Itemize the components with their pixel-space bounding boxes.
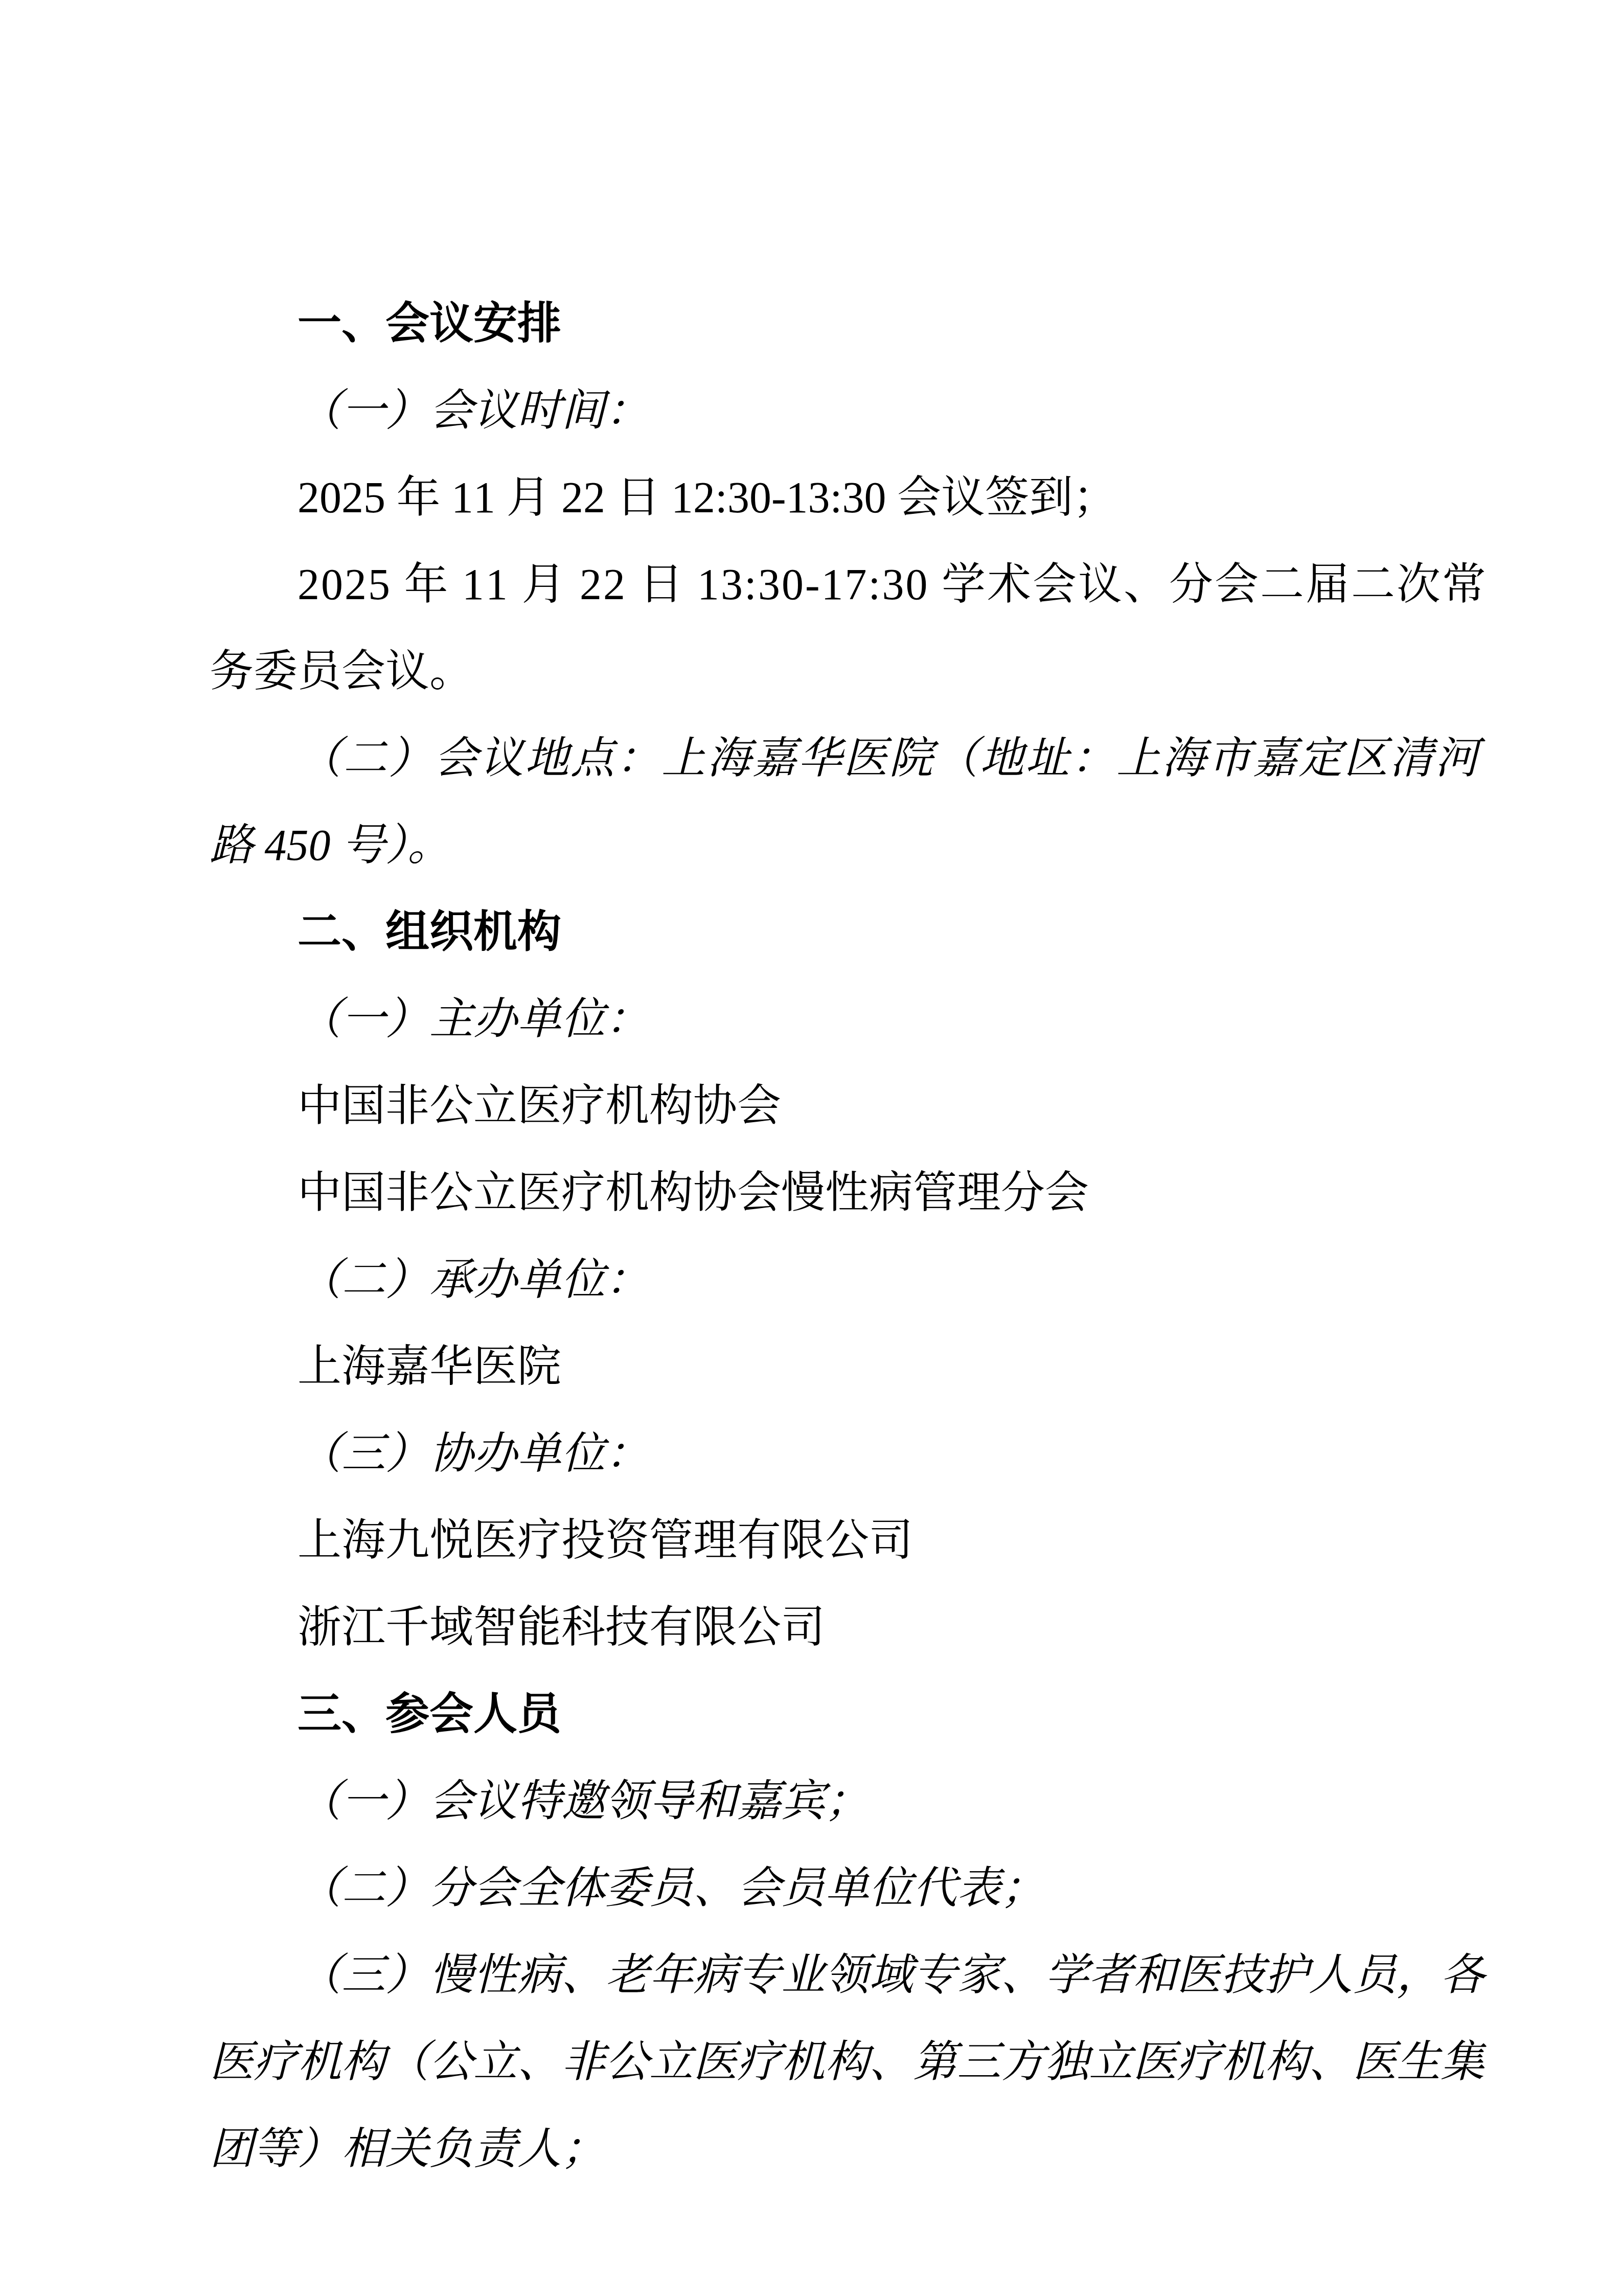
doc-line-5: 务委员会议。	[210, 628, 1491, 715]
doc-line-16: 浙江千域智能科技有限公司	[210, 1584, 1491, 1671]
doc-line-18: （一）会议特邀领导和嘉宾；	[210, 1758, 1491, 1845]
doc-line-14: （三）协办单位：	[210, 1410, 1491, 1497]
doc-line-10: 中国非公立医疗机构协会	[210, 1062, 1491, 1149]
doc-line-11: 中国非公立医疗机构协会慢性病管理分会	[210, 1149, 1491, 1236]
doc-line-21: 医疗机构（公立、非公立医疗机构、第三方独立医疗机构、医生集	[210, 2018, 1491, 2105]
doc-line-12: （二）承办单位：	[210, 1236, 1491, 1323]
doc-line-22: 团等）相关负责人；	[210, 2105, 1491, 2192]
doc-line-7: 路 450 号）。	[210, 802, 1491, 889]
doc-line-3: 2025 年 11 月 22 日 12:30-13:30 会议签到；	[210, 454, 1491, 541]
doc-line-19: （二）分会全体委员、会员单位代表；	[210, 1845, 1491, 1931]
doc-line-1-section-heading: 一、会议安排	[210, 280, 1491, 367]
document-page: 一、会议安排（一）会议时间：2025 年 11 月 22 日 12:30-13:…	[0, 0, 1623, 2296]
doc-line-13: 上海嘉华医院	[210, 1323, 1491, 1410]
doc-line-4: 2025 年 11 月 22 日 13:30-17:30 学术会议、分会二届二次…	[210, 541, 1491, 628]
doc-line-2: （一）会议时间：	[210, 367, 1491, 454]
doc-line-6: （二）会议地点：上海嘉华医院（地址：上海市嘉定区清河	[210, 715, 1491, 802]
doc-line-15: 上海九悦医疗投资管理有限公司	[210, 1497, 1491, 1584]
doc-line-17-section-heading: 三、参会人员	[210, 1671, 1491, 1758]
doc-line-9: （一）主办单位：	[210, 975, 1491, 1062]
doc-line-8-section-heading: 二、组织机构	[210, 889, 1491, 975]
doc-line-20: （三）慢性病、老年病专业领域专家、学者和医技护人员，各	[210, 1931, 1491, 2018]
